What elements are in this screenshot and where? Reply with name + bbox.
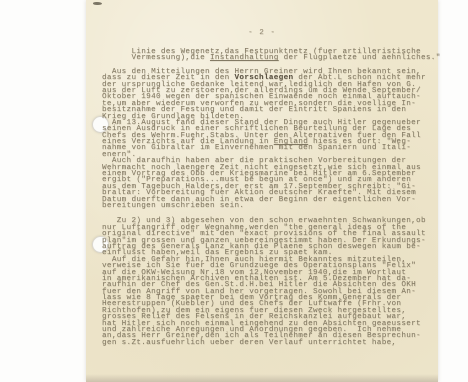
paragraph-body-2: Zu 2) und 3) abgesehen von den schon erw… xyxy=(102,218,434,346)
text-line: gen s.Zt.ausfuehrlich ueber deren Verlau… xyxy=(102,340,434,346)
paragraph-quote-continuation: Linie des Wegenetz,das Festpunktnetz (fu… xyxy=(102,49,434,62)
typewritten-text: Linie des Wegenetz,das Festpunktnetz (fu… xyxy=(102,49,434,346)
document-page: - 2 - Linie des Wegenetz,das Festpunktne… xyxy=(86,0,438,382)
scanned-document-view: - 2 - Linie des Wegenetz,das Festpunktne… xyxy=(0,0,468,382)
text-line: nahme von Gibraltar im Einvernehmen mit … xyxy=(102,145,434,151)
text-line: Vermessung),die Instandhaltung der Flugp… xyxy=(102,55,434,61)
page-number: - 2 - xyxy=(86,29,438,37)
paragraph-body-1: Aus den Mitteilungen des Herrn Greiner w… xyxy=(102,69,434,210)
scan-speck xyxy=(93,2,102,5)
